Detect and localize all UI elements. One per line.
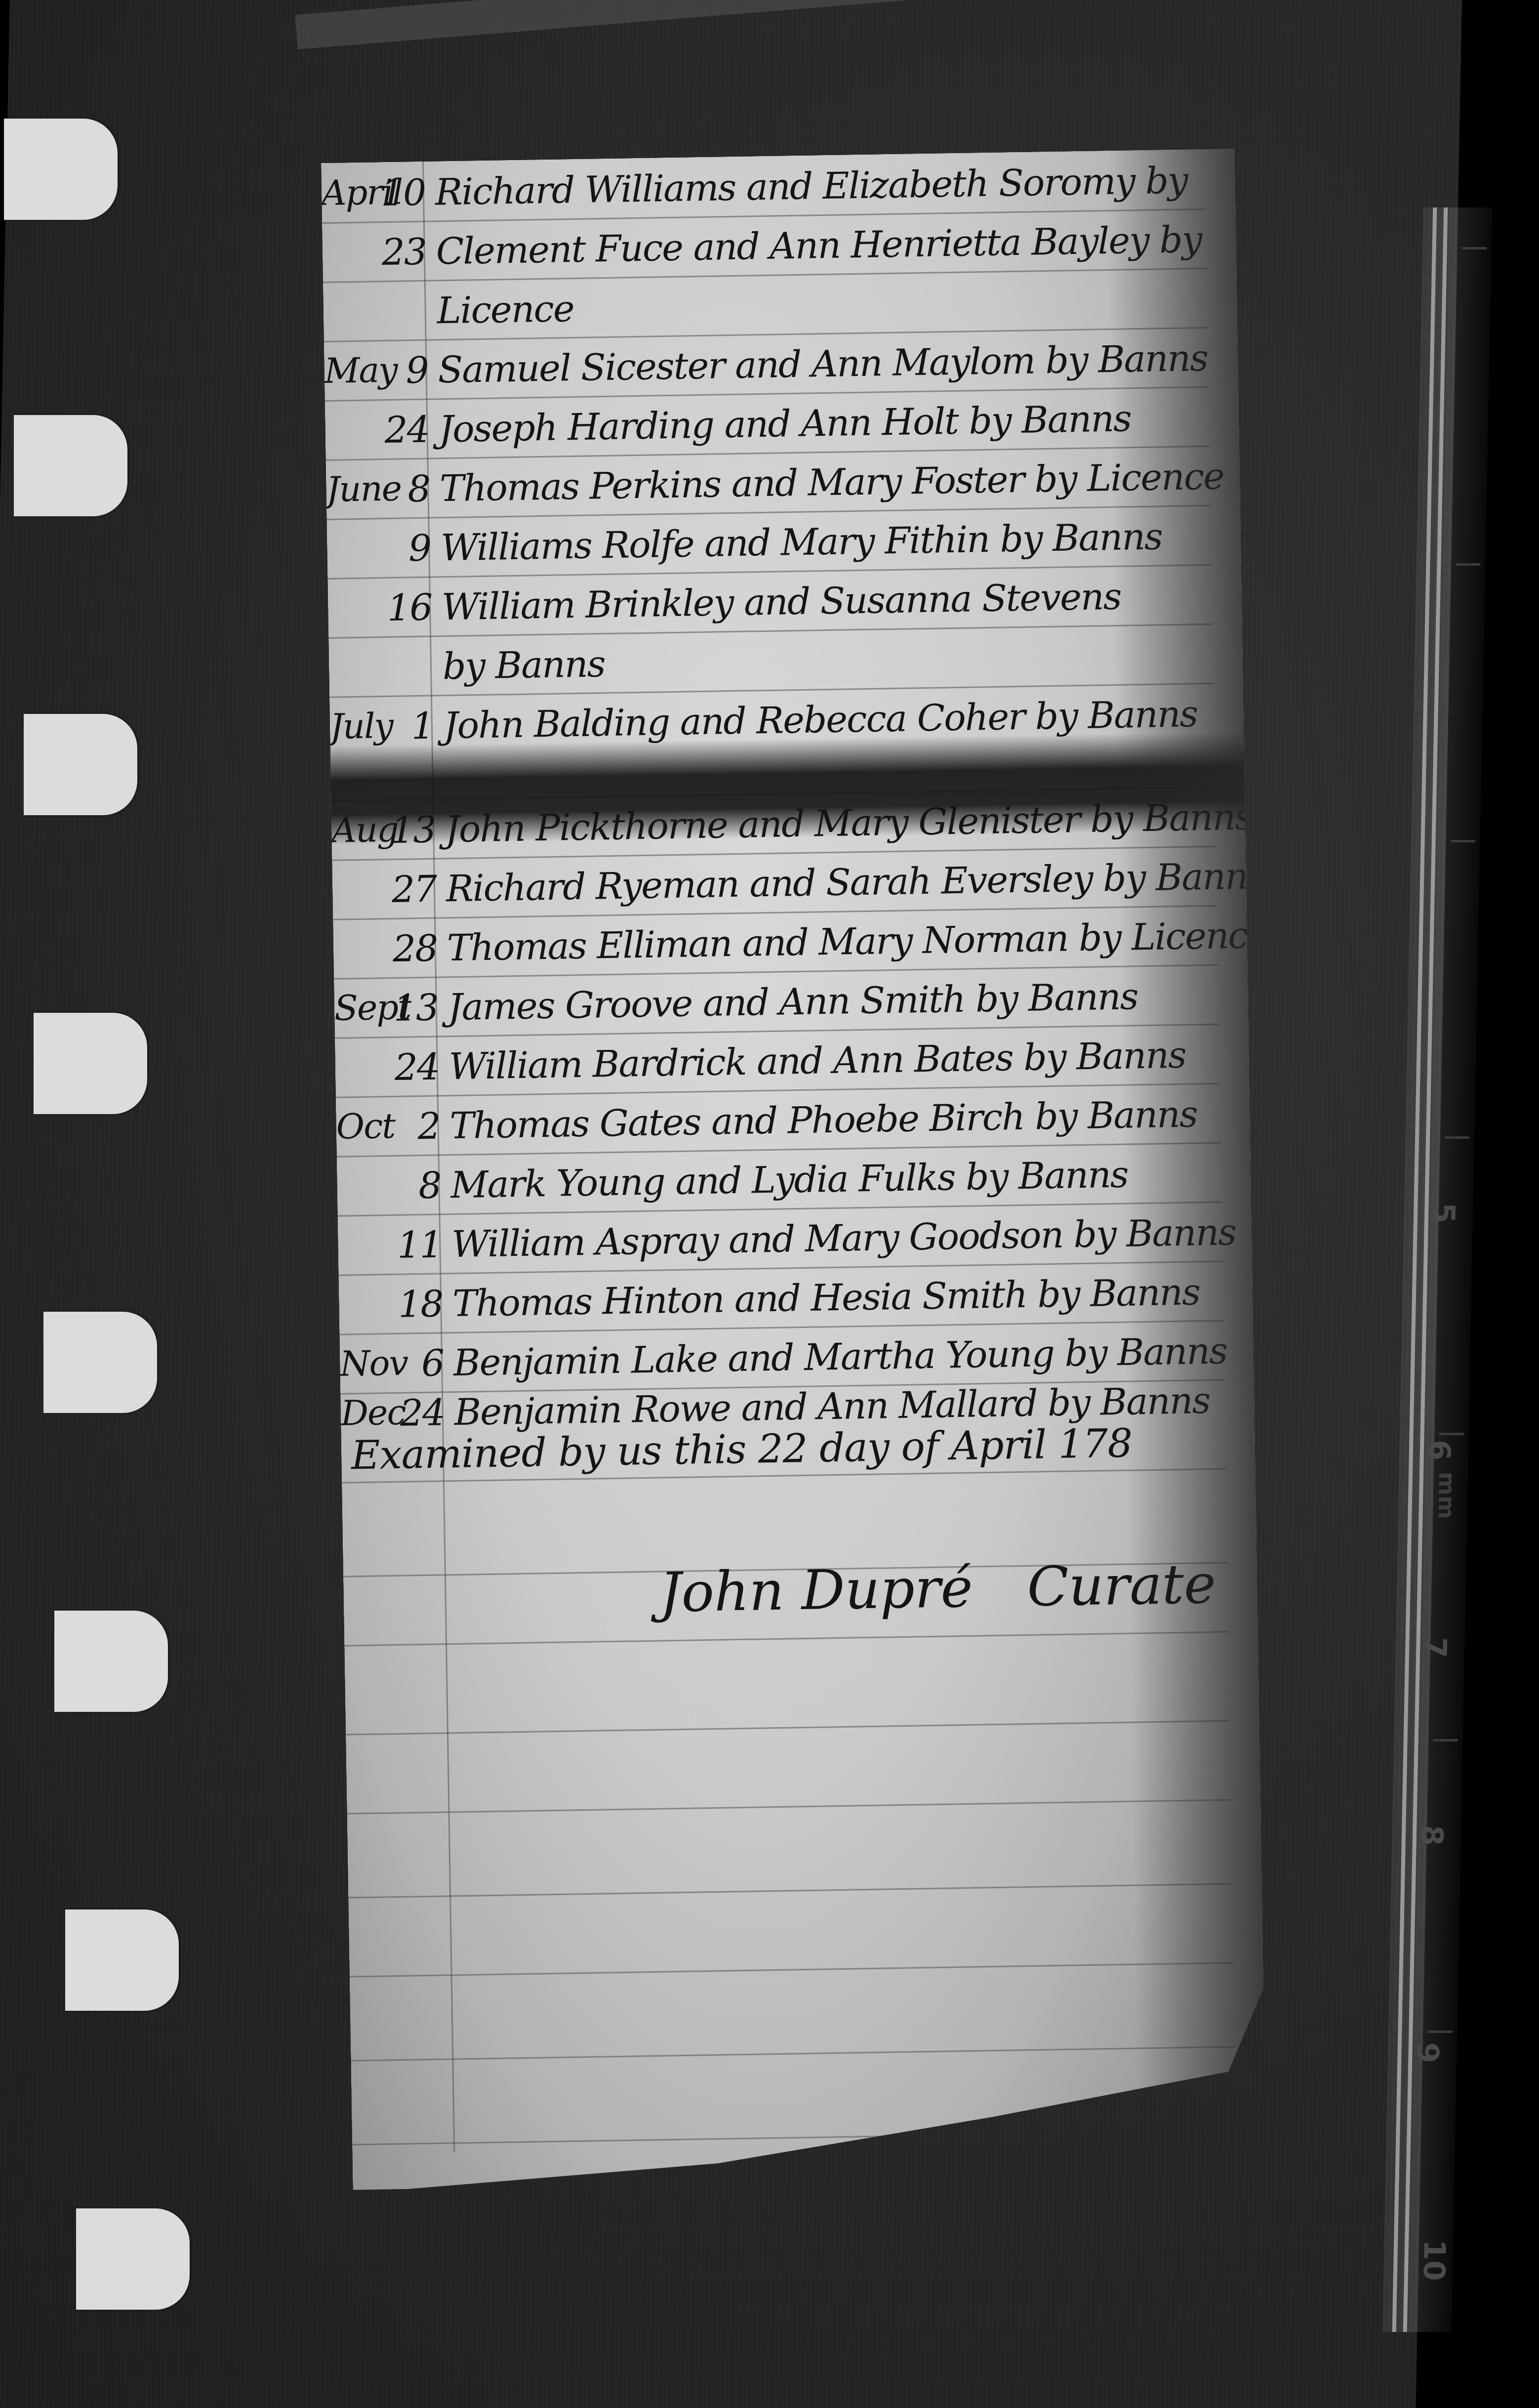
entry-day: 16 [387, 586, 432, 629]
entry-text: Thomas Gates and Phoebe Birch by Banns [449, 1093, 1197, 1147]
entry-text: Benjamin Lake and Martha Young by Banns [453, 1329, 1227, 1384]
register-entry: 28 Thomas Elliman and Mary Norman by Lic… [333, 914, 1247, 983]
sprocket-hole [76, 2208, 190, 2310]
ruled-line [350, 1962, 1234, 1977]
entry-day: 1 [389, 705, 434, 748]
ruled-line [348, 1883, 1232, 1898]
entry-day: 13 [391, 809, 436, 852]
entry-day: 9 [383, 349, 428, 392]
register-entry: June 8 Thomas Perkins and Mary Foster by… [326, 455, 1240, 524]
sprocket-hole [65, 1910, 179, 2011]
entry-day [388, 646, 432, 646]
entry-text: Licence [437, 288, 574, 332]
register-entry: 11 William Aspray and Mary Goodson by Ba… [338, 1211, 1252, 1280]
register-entry: Oct 2 Thomas Gates and Phoebe Birch by B… [336, 1092, 1250, 1161]
register-entry: 24 William Bardrick and Ann Bates by Ban… [335, 1033, 1249, 1102]
entry-day [382, 290, 427, 291]
ruler-number: 9 [1410, 2042, 1445, 2063]
entry-day: 9 [386, 527, 431, 570]
entry-text: Clement Fuce and Ann Henrietta Bayley by [436, 218, 1202, 273]
entry-text: Thomas Hinton and Hesia Smith by Banns [452, 1271, 1200, 1325]
entry-month [335, 1046, 404, 1047]
ruler-tick [1451, 840, 1475, 842]
entry-text: William Aspray and Mary Goodson by Banns [451, 1211, 1236, 1266]
signature-name: John Dupré [659, 1556, 973, 1624]
entry-text: Samuel Sicester and Ann Maylom by Banns [438, 337, 1208, 391]
entry-day: 13 [393, 986, 438, 1029]
entry-month [328, 646, 398, 647]
register-entry: 23 Clement Fuce and Ann Henrietta Bayley… [322, 218, 1236, 287]
entry-day: 11 [397, 1223, 442, 1266]
register-entry: by Banns [328, 633, 1243, 702]
entry-day: 10 [380, 171, 425, 214]
ruled-line [351, 2046, 1235, 2061]
entry-text: by Banns [442, 643, 605, 688]
entry-text: William Bardrick and Ann Bates by Banns [448, 1034, 1186, 1088]
entry-day: 27 [391, 868, 436, 911]
ruler-unit: mm [1433, 1472, 1460, 1519]
entry-day: 28 [392, 927, 437, 970]
ruled-line [346, 1720, 1230, 1735]
entry-month [332, 869, 401, 870]
ruler-tick [1433, 1739, 1458, 1742]
entry-text: Mark Young and Lydia Fulks by Banns [450, 1154, 1128, 1207]
entry-month [337, 1165, 406, 1166]
entry-text: Richard Williams and Elizabeth Soromy by [435, 159, 1187, 213]
register-entry: 9 Williams Rolfe and Mary Fithin by Bann… [327, 514, 1241, 583]
entry-text: William Brinkley and Susanna Stevens [441, 576, 1121, 629]
register-entry: 16 William Brinkley and Susanna Stevens [328, 574, 1242, 642]
entry-day: 23 [381, 231, 426, 274]
entry-month [338, 1224, 407, 1225]
ruler-tick [1439, 1433, 1464, 1435]
entry-text: Joseph Harding and Ann Holt by Banns [439, 397, 1132, 451]
register-entry: Sept 13 James Groove and Ann Smith by Ba… [334, 974, 1248, 1042]
ruler-number: 5 [1426, 1203, 1461, 1223]
register-entry: 24 Joseph Harding and Ann Holt by Banns [325, 396, 1239, 464]
entry-day: 8 [396, 1164, 441, 1207]
entry-month [328, 587, 397, 588]
entry-day: 24 [394, 1045, 439, 1088]
entry-day: 6 [399, 1342, 444, 1385]
ruler-tick [1427, 2031, 1452, 2033]
entry-month [322, 231, 391, 232]
register-entry: Licence [323, 277, 1237, 346]
entry-month [323, 291, 392, 291]
ruler-tick [1445, 1136, 1469, 1139]
entry-month [325, 409, 394, 410]
entry-text: Williams Rolfe and Mary Fithin by Banns [441, 515, 1163, 569]
entry-month [339, 1284, 408, 1285]
entry-month [333, 928, 402, 929]
register-page: April 10 Richard Williams and Elizabeth … [321, 149, 1267, 2253]
entry-day: 2 [395, 1105, 440, 1148]
register-entry: 27 Richard Ryeman and Sarah Eversley by … [332, 855, 1246, 924]
ruled-line [347, 1799, 1231, 1814]
sprocket-hole [24, 714, 137, 815]
ruler-number: 7 [1418, 1637, 1453, 1658]
sprocket-hole [14, 415, 127, 516]
ruler-number: 6 [1421, 1440, 1457, 1460]
entry-day: 24 [400, 1391, 445, 1434]
register-entry: 8 Mark Young and Lydia Fulks by Banns [337, 1152, 1251, 1220]
sprocket-hole [54, 1611, 168, 1712]
sprocket-hole [43, 1312, 157, 1413]
entry-month [327, 528, 396, 529]
ruler-tick [1456, 563, 1480, 566]
sprocket-hole [4, 119, 118, 220]
ruler-number: 10 [1416, 2240, 1452, 2281]
entry-day: 24 [384, 409, 429, 452]
entry-text: Thomas Perkins and Mary Foster by Licenc… [440, 455, 1224, 510]
entry-day: 18 [398, 1283, 443, 1326]
entry-text: James Groove and Ann Smith by Banns [447, 975, 1138, 1029]
sprocket-hole [34, 1013, 147, 1114]
ruler-tick [1462, 247, 1487, 249]
ruler-number: 8 [1414, 1825, 1449, 1846]
register-entry: May 9 Samuel Sicester and Ann Maylom by … [324, 336, 1238, 405]
entry-day: 8 [385, 468, 430, 511]
ruled-line [344, 1631, 1228, 1647]
register-entry: April 10 Richard Williams and Elizabeth … [321, 159, 1235, 227]
register-entry: 18 Thomas Hinton and Hesia Smith by Bann… [339, 1270, 1253, 1339]
